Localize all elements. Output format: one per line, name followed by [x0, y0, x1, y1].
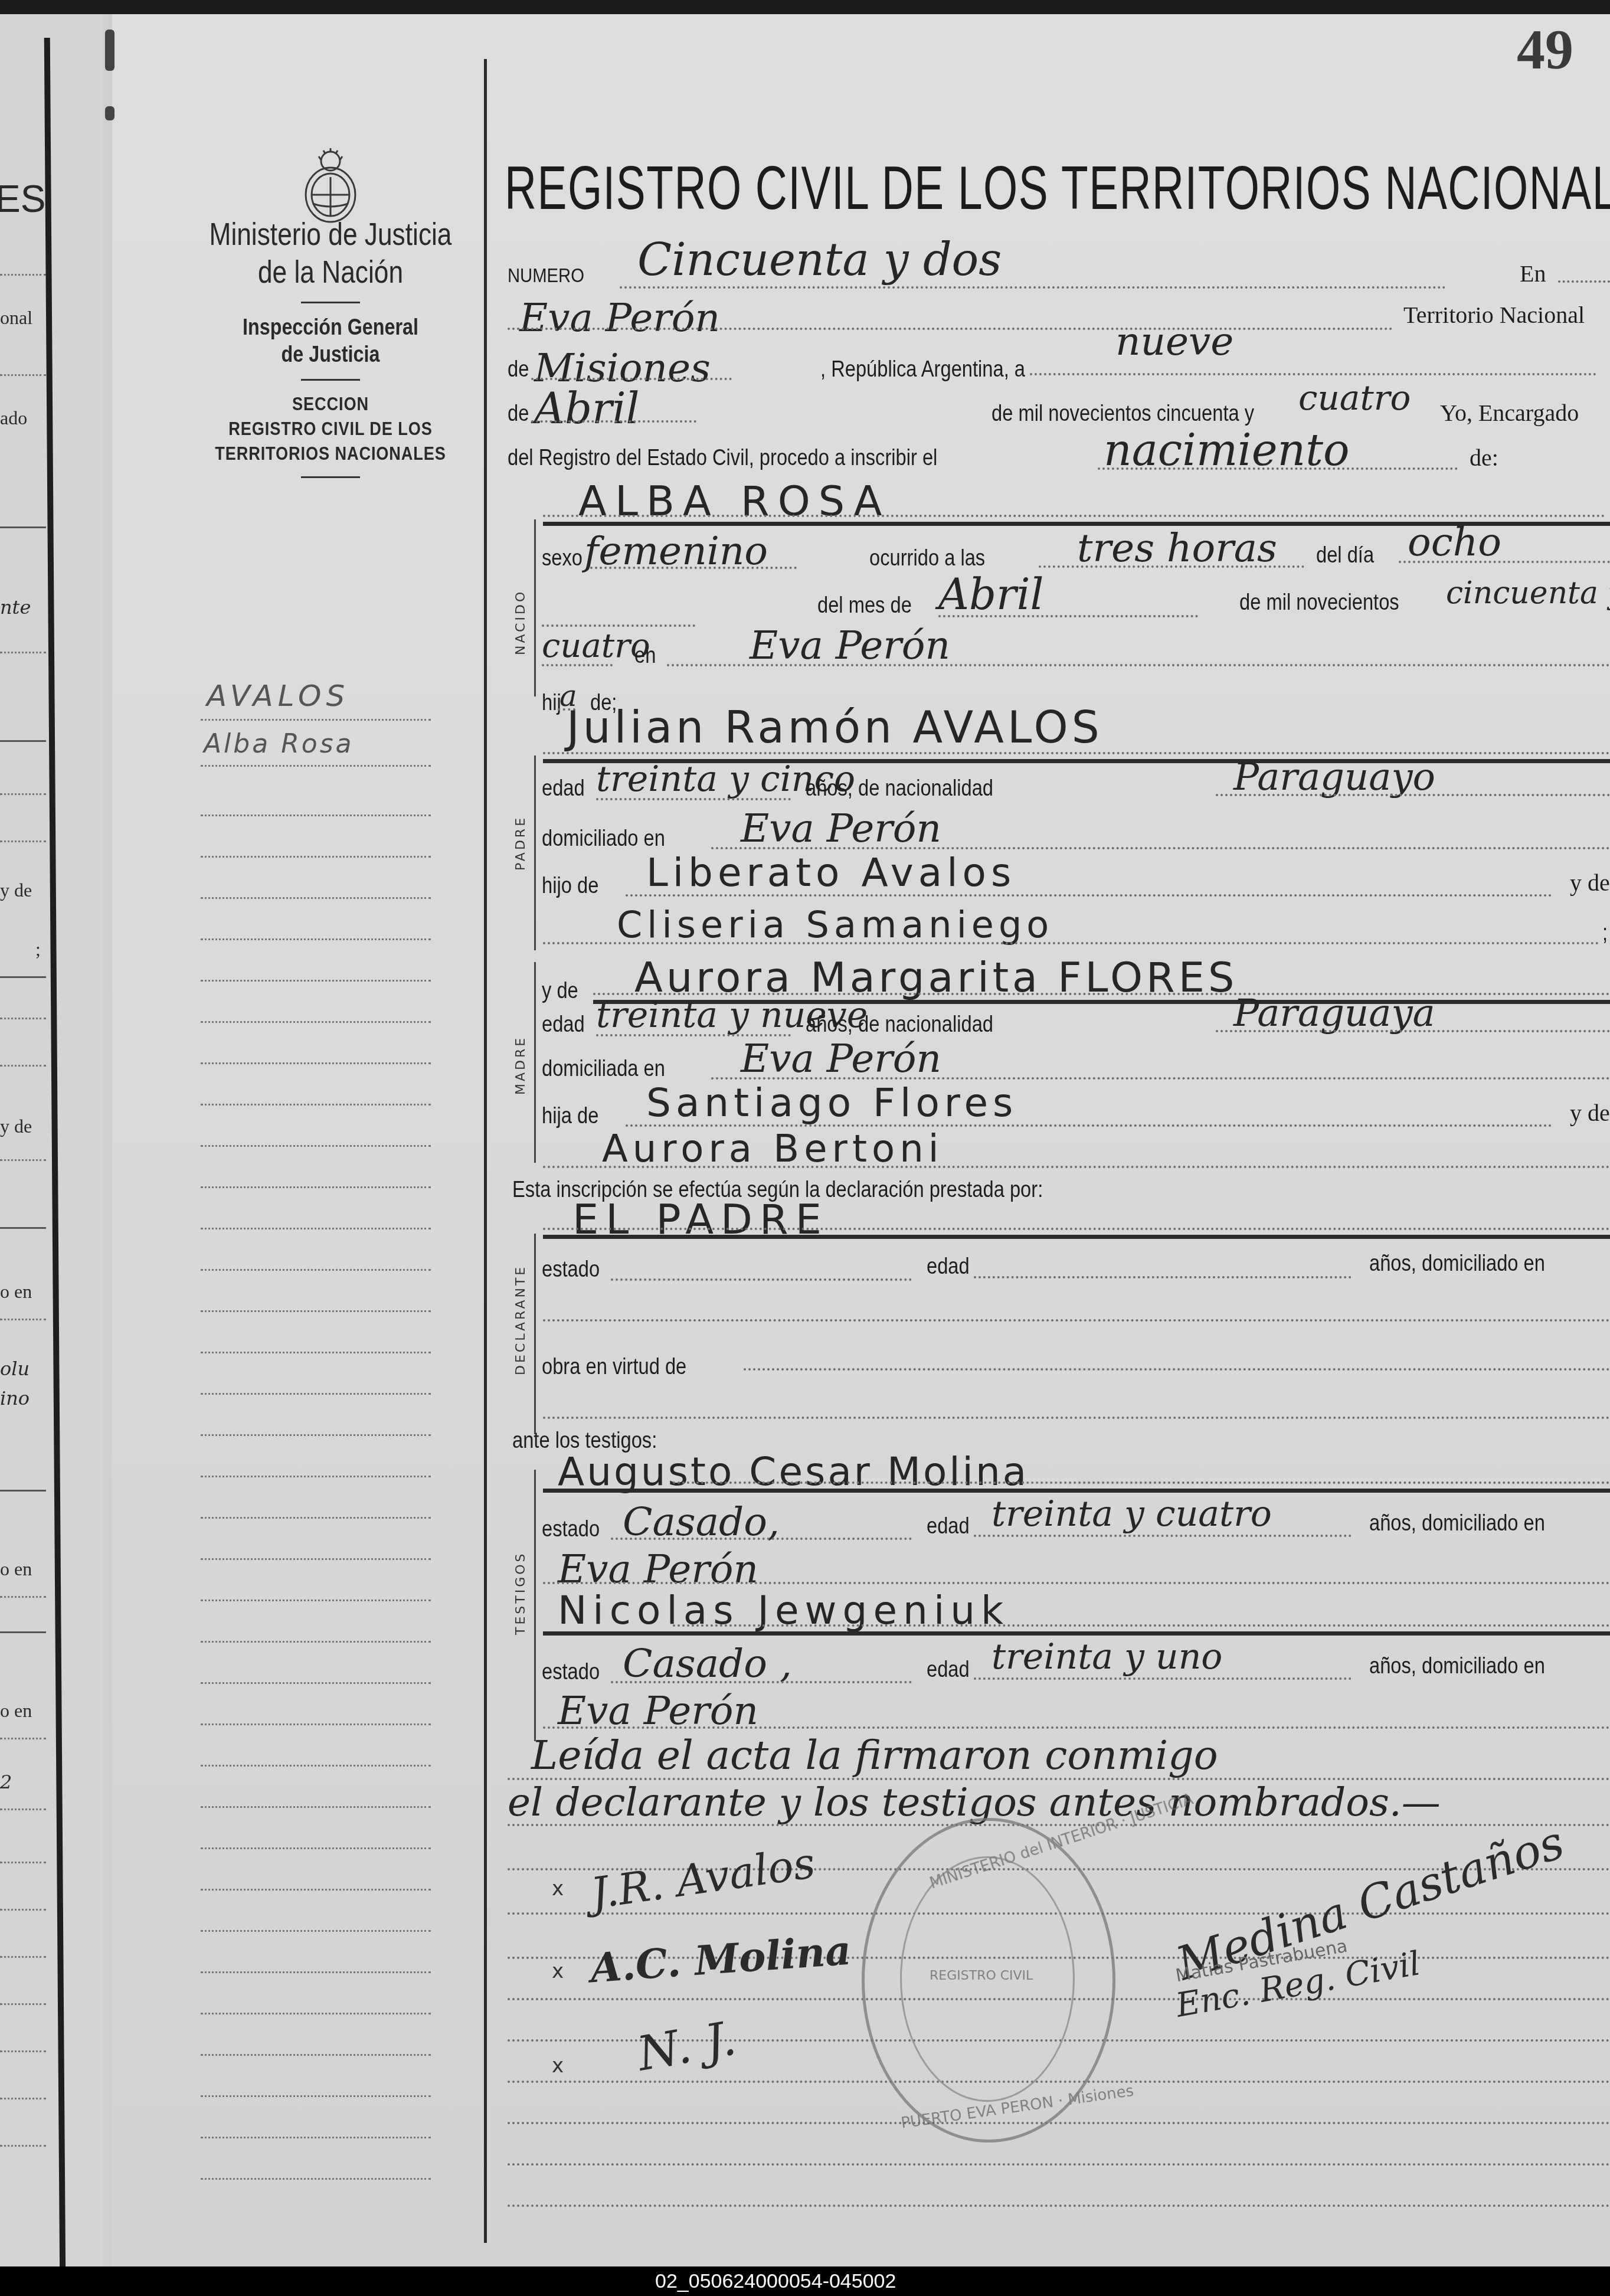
dotted-line [711, 847, 1610, 849]
anos-domiciliado-label: años, domiciliado en [1369, 1251, 1545, 1277]
dotted-line [201, 1847, 431, 1849]
y-de-label: y de [542, 979, 578, 1004]
dotted-line [0, 840, 46, 842]
binding-thread [105, 106, 114, 120]
estado-label: estado [542, 1660, 600, 1685]
y-de-label: y de [1570, 869, 1610, 897]
dotted-line [1216, 794, 1610, 796]
dotted-line [201, 897, 431, 899]
binding-thread [105, 30, 114, 71]
dotted-line [201, 938, 431, 940]
dotted-line [543, 942, 1599, 944]
dotted-line [201, 1434, 431, 1436]
obra-field [744, 1368, 1610, 1371]
father-nationality: Paraguayo [1233, 755, 1435, 799]
dotted-line [543, 1166, 1610, 1168]
dotted-line [201, 2178, 431, 2180]
section-label-padre: PADRE [513, 816, 528, 871]
left-fragment: o en [0, 1281, 32, 1303]
section-bracket [534, 755, 536, 950]
father-name: Julian Ramón AVALOS [567, 702, 1103, 753]
dotted-line [201, 765, 431, 767]
left-fragment: y de [0, 879, 32, 901]
anos-domiciliado-label: años, domiciliado en [1369, 1654, 1545, 1679]
binding-thread [105, 44, 114, 45]
hija-de-label: hija de [542, 1104, 598, 1129]
dotted-line [0, 1956, 46, 1958]
inspection-line1: Inspección General [180, 314, 481, 341]
semicolon: ; [1602, 921, 1608, 946]
de-label: de [508, 357, 529, 382]
left-fragment: ; [35, 938, 41, 960]
y-de-label: y de [1570, 1099, 1610, 1127]
dotted-line [626, 1124, 1552, 1127]
witness2-estado: Casado , [623, 1641, 792, 1686]
dotted-line [0, 793, 46, 795]
dotted-line [620, 286, 1446, 289]
section-label-madre: MADRE [513, 1036, 528, 1095]
left-fragment: o en [0, 1700, 32, 1722]
child-name: ALBA ROSA [578, 477, 890, 525]
left-fragment: nte [0, 596, 31, 619]
edad-label: edad [927, 1254, 970, 1280]
left-fragment: ES [0, 177, 45, 221]
domicilio-field [543, 1319, 1610, 1322]
dotted-line [1558, 280, 1610, 283]
year-label: de mil novecientos cincuenta y [991, 401, 1254, 427]
estado-label: estado [542, 1257, 600, 1283]
dotted-line [201, 1765, 431, 1767]
dotted-line [201, 2095, 431, 2097]
official-seal: MINISTERIO del INTERIOR · JUSTICIA REGIS… [862, 1818, 1115, 2143]
section-bracket [534, 519, 536, 696]
dotted-line [201, 1269, 431, 1271]
de-label: de [508, 401, 529, 427]
dotted-line [201, 1723, 431, 1725]
dotted-line [0, 2145, 46, 2147]
left-fragment: olu [0, 1358, 30, 1380]
section-label-testigos: TESTIGOS [513, 1551, 528, 1635]
birth-year-part1: cincuenta y [1446, 575, 1610, 611]
dotted-line [0, 1808, 46, 1810]
signature-mark: x [552, 2054, 564, 2078]
dotted-line [0, 2050, 46, 2052]
dotted-line [201, 1930, 431, 1932]
dotted-line [201, 1310, 431, 1312]
dotted-line [543, 1726, 1610, 1729]
dotted-line [0, 1018, 46, 1019]
obra-label: obra en virtud de [542, 1355, 686, 1380]
dotted-line [1030, 373, 1596, 375]
dotted-line [673, 1624, 1610, 1627]
dotted-line [673, 1481, 1610, 1484]
witness2-age: treinta y uno [991, 1636, 1222, 1677]
dotted-line [201, 1889, 431, 1891]
mes-label: del mes de [817, 593, 912, 619]
dotted-line [201, 1682, 431, 1684]
dotted-line [201, 1971, 431, 1973]
estado-field [611, 1278, 912, 1281]
divider [301, 476, 360, 478]
left-page-margin-rule [44, 38, 66, 2266]
dotted-line [974, 1677, 1352, 1680]
dotted-line [0, 274, 46, 276]
dotted-line [711, 1077, 1610, 1080]
numero-label: NUMERO [508, 264, 584, 287]
dotted-line [0, 1159, 46, 1161]
dotted-line [201, 719, 431, 721]
dotted-line [543, 1582, 1610, 1584]
dotted-line [201, 2137, 431, 2138]
dotted-line [542, 664, 613, 666]
de-colon-label: de: [1470, 444, 1498, 472]
dotted-line [201, 2013, 431, 2014]
dotted-line [0, 1738, 46, 1739]
paternal-grandmother: Cliseria Samaniego [617, 903, 1053, 946]
father-domicile: Eva Perón [741, 806, 941, 851]
rule-line [0, 1227, 46, 1229]
dotted-line [1399, 561, 1610, 563]
dotted-line [0, 2098, 46, 2099]
maternal-grandfather: Santiago Flores [646, 1080, 1017, 1126]
divider [301, 302, 360, 303]
ministry-name-line1: Ministerio de Justicia [185, 215, 476, 253]
dotted-line [0, 1319, 46, 1320]
dotted-line [590, 567, 797, 569]
paternal-grandfather: Liberato Avalos [646, 850, 1016, 895]
dotted-line [0, 2003, 46, 2005]
dotted-line [201, 1228, 431, 1229]
dotted-line [201, 1641, 431, 1643]
anos-domiciliado-label: años, domiciliado en [1369, 1511, 1545, 1536]
section-label-nacido: NACIDO [513, 590, 528, 655]
edad-label: edad [927, 1657, 970, 1683]
dotted-line [543, 515, 1605, 517]
birth-place: Eva Perón [750, 623, 950, 668]
territorio-label: Territorio Nacional [1403, 301, 1585, 329]
section-name-line2: TERRITORIOS NACIONALES [180, 441, 481, 466]
dotted-line [508, 1824, 1610, 1826]
scan-file-id: 02_050624000054-045002 [655, 2270, 896, 2293]
domiciliada-label: domiciliada en [542, 1057, 665, 1082]
dotted-line [508, 2163, 1610, 2166]
dotted-line [1098, 467, 1458, 470]
closing-line1: Leída el acta la firmaron conmigo [531, 1732, 1218, 1779]
section-divider [543, 1631, 1610, 1636]
dotted-line [201, 1186, 431, 1188]
left-fragment: y de [0, 1116, 32, 1137]
dotted-line [531, 420, 696, 423]
dotted-line [543, 752, 1610, 754]
year-label: de mil novecientos [1239, 590, 1399, 616]
left-fragment: o en [0, 1558, 32, 1580]
en-label: En [1520, 260, 1546, 287]
dotted-line [201, 1558, 431, 1560]
section-bracket [534, 1470, 536, 1741]
edad-label: edad [542, 776, 585, 802]
dotted-line [201, 1145, 431, 1147]
left-fragment: 2 [0, 1771, 12, 1793]
left-page-fragment: ES onal ado nte y de ; y de o en olu ino… [0, 14, 103, 2266]
ministry-header: Ministerio de Justicia de la Nación Insp… [153, 215, 508, 489]
ministry-name-line2: de la Nación [185, 253, 476, 291]
inspection-line2: de Justicia [180, 341, 481, 368]
dotted-line [508, 2122, 1610, 2124]
dotted-line [201, 980, 431, 982]
dotted-line [543, 1417, 1610, 1419]
dotted-line [611, 1538, 912, 1540]
rule-line [0, 976, 46, 978]
dotted-line [1039, 565, 1304, 568]
edad-label: edad [927, 1514, 970, 1539]
dotted-line [0, 1909, 46, 1911]
dotted-line [201, 815, 431, 816]
dotted-line [201, 1517, 431, 1519]
birth-day: ocho [1408, 519, 1501, 565]
dotted-line [201, 1600, 431, 1601]
republica-label: , República Argentina, a [820, 357, 1025, 382]
nacionalidad-label: años, de nacionalidad [806, 776, 993, 802]
dotted-line [201, 1062, 431, 1064]
dotted-line [626, 894, 1552, 897]
dotted-line [0, 652, 46, 653]
birth-hour: tres horas [1077, 525, 1277, 571]
index-given-names: Alba Rosa [204, 729, 354, 759]
dotted-line [201, 1021, 431, 1023]
section-bracket [534, 962, 536, 1163]
rule-line [0, 740, 46, 742]
index-surname: AVALOS [207, 679, 349, 713]
sexo-label: sexo [542, 546, 583, 571]
edad-label: edad [542, 1012, 585, 1038]
dotted-line [201, 1806, 431, 1808]
divider [301, 379, 360, 381]
mother-domicile: Eva Perón [741, 1036, 941, 1081]
registration-year-suffix: cuatro [1298, 378, 1411, 418]
encargado-label: Yo, Encargado [1440, 399, 1579, 427]
dotted-line [531, 378, 732, 380]
mother-nationality: Paraguaya [1233, 992, 1435, 1035]
section-divider [543, 1489, 1610, 1493]
estado-label: estado [542, 1517, 600, 1542]
hijo-de-label: hijo de [542, 874, 598, 899]
hij-label: hij [542, 691, 561, 716]
rule-line [0, 1631, 46, 1633]
dotted-line [201, 1104, 431, 1106]
seal-text-inner: REGISTRO CIVIL [930, 1968, 1033, 1983]
dia-label: del día [1316, 543, 1374, 568]
scan-top-border [0, 0, 1610, 14]
dotted-line [0, 374, 46, 376]
dotted-line [1216, 1030, 1610, 1032]
closing-line2: el declarante y los testigos antes nombr… [508, 1780, 1441, 1825]
dotted-line [508, 328, 1393, 330]
dotted-line [201, 1393, 431, 1395]
dotted-line [596, 798, 791, 800]
witness1-age: treinta y cuatro [991, 1493, 1272, 1535]
argentine-coat-of-arms-icon [295, 145, 366, 227]
page-title: REGISTRO CIVIL DE LOS TERRITORIOS NACION… [505, 153, 1610, 224]
dotted-line [0, 1596, 46, 1598]
left-fragment: ado [0, 407, 27, 429]
dotted-line [508, 2205, 1610, 2207]
dotted-line [611, 1681, 912, 1683]
record-number: Cincuenta y dos [637, 233, 1002, 286]
ocurrido-label: ocurrido a las [869, 546, 985, 571]
dotted-line [0, 1065, 46, 1067]
domiciliado-label: domiciliado en [542, 826, 665, 852]
left-fragment: ino [0, 1387, 30, 1409]
nacionalidad-label: años, de nacionalidad [806, 1012, 993, 1038]
rule-line [0, 1490, 46, 1492]
section-divider [543, 1235, 1610, 1239]
en-label: en [634, 643, 656, 669]
witness1-name: Augusto Cesar Molina [558, 1449, 1029, 1494]
witness1-domicile: Eva Perón [558, 1546, 758, 1592]
place: Eva Perón [519, 295, 720, 341]
registration-day: nueve [1115, 319, 1233, 364]
dotted-line [667, 664, 1610, 666]
maternal-grandmother: Aurora Bertoni [602, 1127, 943, 1171]
birth-month: Abril [938, 570, 1044, 619]
page-number: 49 [1517, 17, 1573, 82]
rule-line [0, 526, 46, 528]
dotted-line [201, 2054, 431, 2056]
edad-field [974, 1276, 1352, 1278]
section-name-line1: REGISTRO CIVIL DE LOS [180, 416, 481, 441]
dotted-line [0, 1862, 46, 1863]
dotted-line [201, 1476, 431, 1477]
section-bracket [534, 1234, 536, 1434]
section-label: SECCION [180, 391, 481, 416]
dotted-line [201, 1352, 431, 1353]
dotted-line [201, 856, 431, 858]
inscribir-label: del Registro del Estado Civil, procedo a… [508, 446, 937, 471]
dotted-line [543, 1228, 1610, 1230]
registration-month: Abril [534, 384, 640, 433]
section-label-declarante: DECLARANTE [513, 1265, 528, 1375]
dotted-line [938, 615, 1198, 617]
left-fragment: onal [0, 307, 32, 329]
dotted-line [974, 1535, 1352, 1537]
signature-mark: x [552, 1960, 564, 1983]
signature-mark: x [552, 1877, 564, 1901]
